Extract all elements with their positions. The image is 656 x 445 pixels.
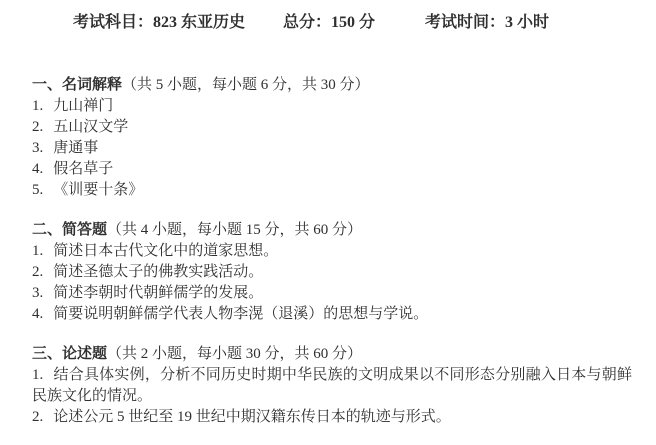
section-term-definitions: 一、名词解释（共 5 小题，每小题 6 分，共 30 分） 1.九山禅门 2.五…	[32, 75, 632, 201]
question-text: 简述李朝时代朝鲜儒学的发展。	[53, 285, 263, 301]
question-item: 1.简述日本古代文化中的道家思想。	[32, 241, 632, 262]
question-number: 4.	[32, 161, 43, 177]
question-number: 3.	[32, 285, 43, 301]
question-text: 唐通事	[53, 140, 98, 156]
question-item: 2.论述公元 5 世纪至 19 世纪中期汉籍东传日本的轨迹与形式。	[32, 407, 632, 428]
question-text: 简述圣德太子的佛教实践活动。	[53, 264, 263, 280]
question-text: 假名草子	[53, 161, 113, 177]
section-meta: （共 4 小题，每小题 15 分，共 60 分）	[107, 222, 362, 238]
question-number: 1.	[32, 243, 43, 259]
question-text: 简要说明朝鲜儒学代表人物李滉（退溪）的思想与学说。	[53, 306, 428, 322]
question-number: 2.	[32, 119, 43, 135]
question-text: 九山禅门	[53, 98, 113, 114]
question-text: 简述日本古代文化中的道家思想。	[53, 243, 278, 259]
question-text: 《训要十条》	[53, 182, 143, 198]
question-item: 5.《训要十条》	[32, 180, 632, 201]
question-item: 2.五山汉文学	[32, 117, 632, 138]
question-item: 3.简述李朝时代朝鲜儒学的发展。	[32, 283, 632, 304]
section-short-answer: 二、简答题（共 4 小题，每小题 15 分，共 60 分） 1.简述日本古代文化…	[32, 220, 632, 325]
section-heading: 二、简答题（共 4 小题，每小题 15 分，共 60 分）	[32, 220, 632, 241]
question-item: 3.唐通事	[32, 138, 632, 159]
question-text: 论述公元 5 世纪至 19 世纪中期汉籍东传日本的轨迹与形式。	[53, 409, 451, 425]
section-heading: 一、名词解释（共 5 小题，每小题 6 分，共 30 分）	[32, 75, 632, 96]
section-essay: 三、论述题（共 2 小题，每小题 30 分，共 60 分） 1.结合具体实例，分…	[32, 344, 632, 428]
section-heading: 三、论述题（共 2 小题，每小题 30 分，共 60 分）	[32, 344, 632, 365]
section-title: 一、名词解释	[32, 77, 122, 93]
exam-paper: 考试科目：823 东亚历史总分：150 分考试时间：3 小时 一、名词解释（共 …	[0, 0, 656, 445]
section-meta: （共 5 小题，每小题 6 分，共 30 分）	[122, 77, 370, 93]
exam-total-score: 总分：150 分	[283, 14, 375, 31]
question-number: 1.	[32, 367, 43, 383]
question-item: 2.简述圣德太子的佛教实践活动。	[32, 262, 632, 283]
question-number: 4.	[32, 306, 43, 322]
question-number: 2.	[32, 409, 43, 425]
section-title: 三、论述题	[32, 346, 107, 362]
question-item: 4.假名草子	[32, 159, 632, 180]
question-number: 5.	[32, 182, 43, 198]
exam-header: 考试科目：823 东亚历史总分：150 分考试时间：3 小时	[32, 12, 632, 34]
question-text: 结合具体实例，分析不同历史时期中华民族的文明成果以不同形态分别融入日本与朝鲜民族…	[32, 367, 632, 404]
exam-subject: 考试科目：823 东亚历史	[73, 14, 245, 31]
question-number: 3.	[32, 140, 43, 156]
question-text: 五山汉文学	[53, 119, 128, 135]
question-item: 4.简要说明朝鲜儒学代表人物李滉（退溪）的思想与学说。	[32, 304, 632, 325]
exam-duration: 考试时间：3 小时	[425, 14, 549, 31]
question-item: 1.结合具体实例，分析不同历史时期中华民族的文明成果以不同形态分别融入日本与朝鲜…	[32, 365, 632, 407]
section-meta: （共 2 小题，每小题 30 分，共 60 分）	[107, 346, 362, 362]
question-item: 1.九山禅门	[32, 96, 632, 117]
question-number: 2.	[32, 264, 43, 280]
section-title: 二、简答题	[32, 222, 107, 238]
question-number: 1.	[32, 98, 43, 114]
